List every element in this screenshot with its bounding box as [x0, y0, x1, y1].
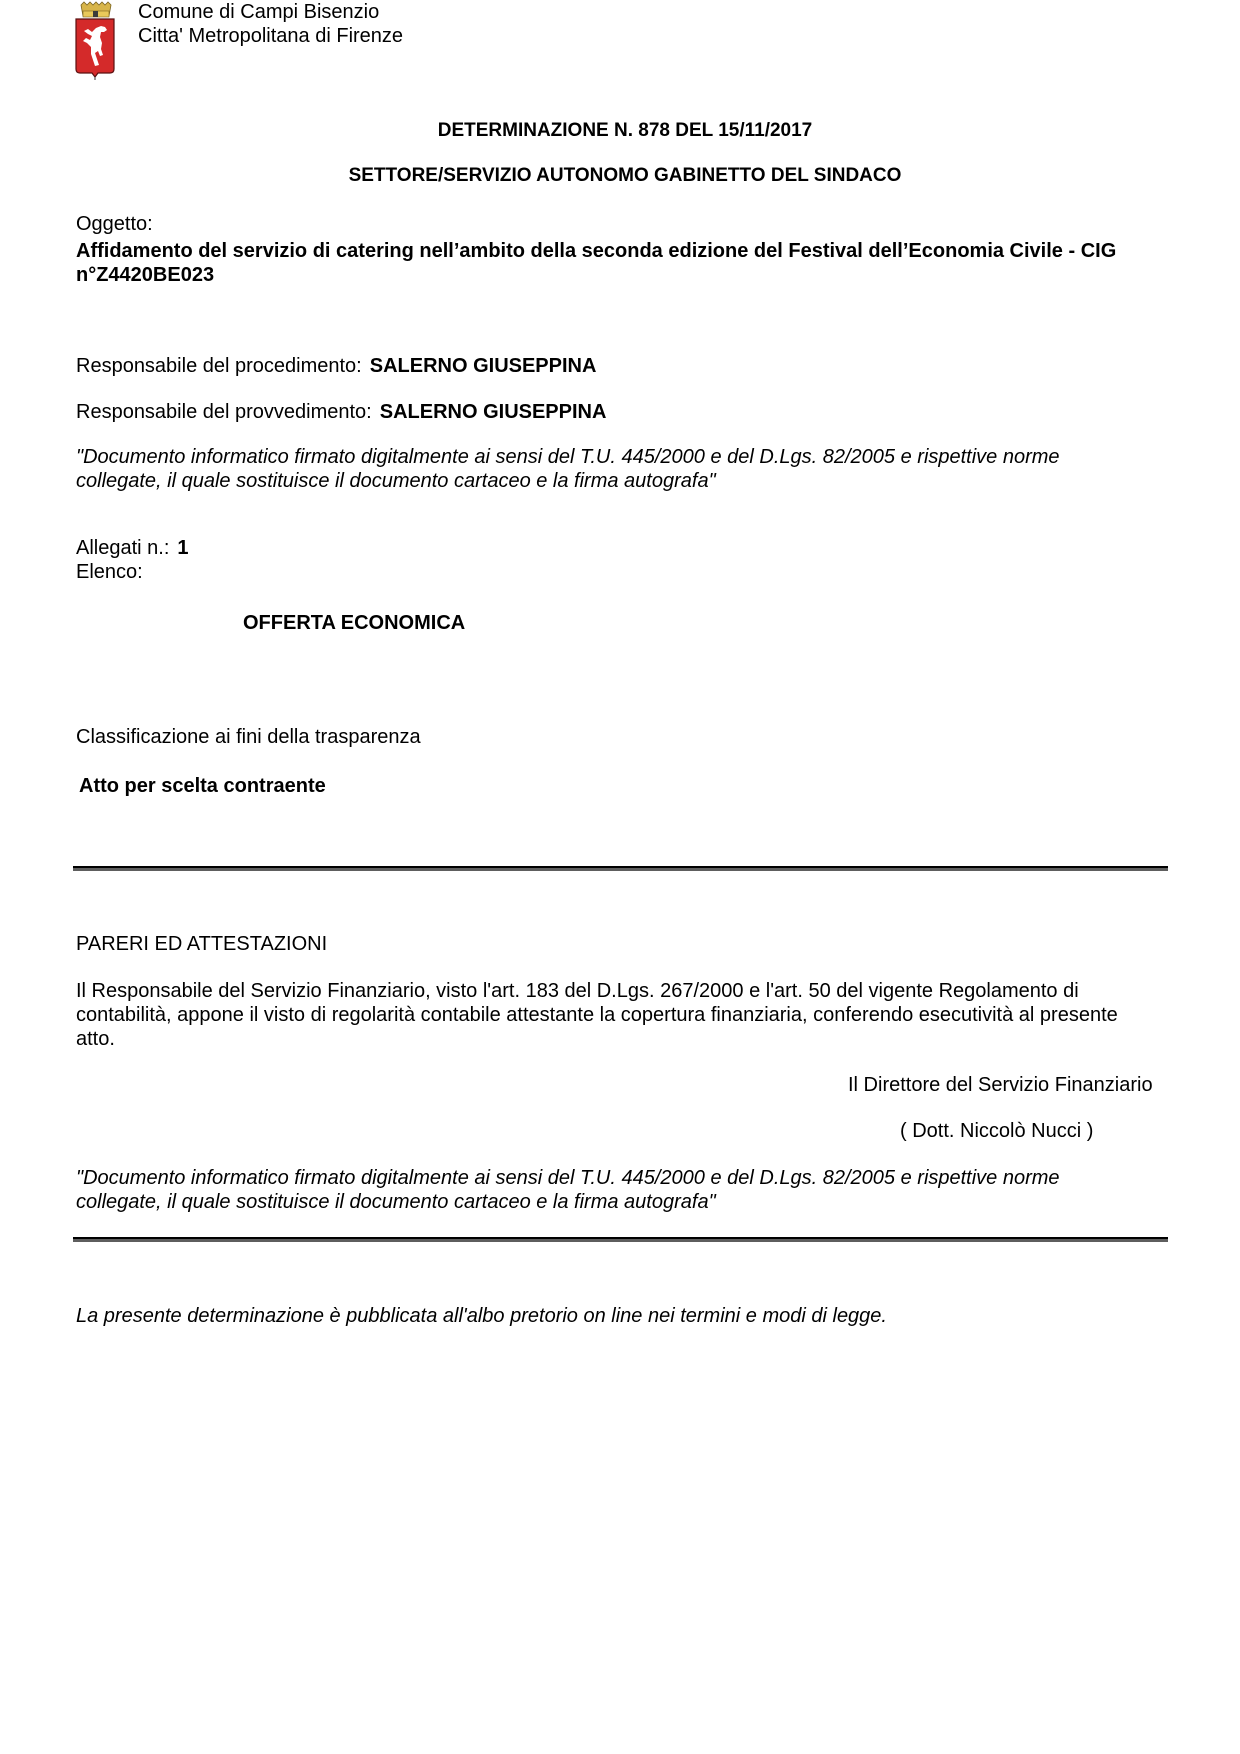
- attachments-count: 1: [177, 537, 188, 559]
- attachment-item: OFFERTA ECONOMICA: [243, 611, 465, 635]
- attachments-list-label: Elenco:: [76, 560, 143, 584]
- organization-subtitle: Citta' Metropolitana di Firenze: [138, 24, 403, 48]
- procedure-manager-label: Responsabile del procedimento:: [76, 355, 362, 377]
- section-divider: [73, 1237, 1168, 1242]
- paragraph-line: atto.: [76, 1027, 1118, 1051]
- measure-manager-label: Responsabile del provvedimento:: [76, 401, 372, 423]
- measure-manager-row: Responsabile del provvedimento:SALERNO G…: [76, 400, 606, 424]
- director-name: ( Dott. Niccolò Nucci ): [900, 1119, 1093, 1143]
- attachments-count-row: Allegati n.:1: [76, 536, 189, 560]
- subject-text: Affidamento del servizio di catering nel…: [76, 239, 1116, 287]
- coat-of-arms-icon: [74, 1, 116, 81]
- classification-label: Classificazione ai fini della trasparenz…: [76, 725, 421, 749]
- director-role: Il Direttore del Servizio Finanziario: [848, 1073, 1153, 1097]
- opinions-paragraph: Il Responsabile del Servizio Finanziario…: [76, 979, 1118, 1051]
- procedure-manager-value: SALERNO GIUSEPPINA: [370, 355, 597, 377]
- section-divider: [73, 866, 1168, 871]
- subject-line: n°Z4420BE023: [76, 263, 1116, 287]
- paragraph-line: Il Responsabile del Servizio Finanziario…: [76, 979, 1118, 1003]
- subject-label: Oggetto:: [76, 212, 153, 236]
- organization-name: Comune di Campi Bisenzio: [138, 0, 379, 24]
- digital-signature-note: "Documento informatico firmato digitalme…: [76, 1166, 1060, 1214]
- attachments-label: Allegati n.:: [76, 537, 169, 559]
- measure-manager-value: SALERNO GIUSEPPINA: [380, 401, 607, 423]
- subject-line: Affidamento del servizio di catering nel…: [76, 239, 1116, 263]
- note-line: collegate, il quale sostituisce il docum…: [76, 469, 1060, 493]
- digital-signature-note: "Documento informatico firmato digitalme…: [76, 445, 1060, 493]
- note-line: collegate, il quale sostituisce il docum…: [76, 1190, 1060, 1214]
- paragraph-line: contabilità, appone il visto di regolari…: [76, 1003, 1118, 1027]
- procedure-manager-row: Responsabile del procedimento:SALERNO GI…: [76, 354, 596, 378]
- document-title: DETERMINAZIONE N. 878 DEL 15/11/2017: [0, 119, 1240, 143]
- note-line: "Documento informatico firmato digitalme…: [76, 1166, 1060, 1190]
- publication-note: La presente determinazione è pubblicata …: [76, 1304, 887, 1328]
- note-line: "Documento informatico firmato digitalme…: [76, 445, 1060, 469]
- classification-value: Atto per scelta contraente: [79, 774, 326, 798]
- opinions-heading: PARERI ED ATTESTAZIONI: [76, 932, 327, 956]
- sector-heading: SETTORE/SERVIZIO AUTONOMO GABINETTO DEL …: [0, 164, 1240, 188]
